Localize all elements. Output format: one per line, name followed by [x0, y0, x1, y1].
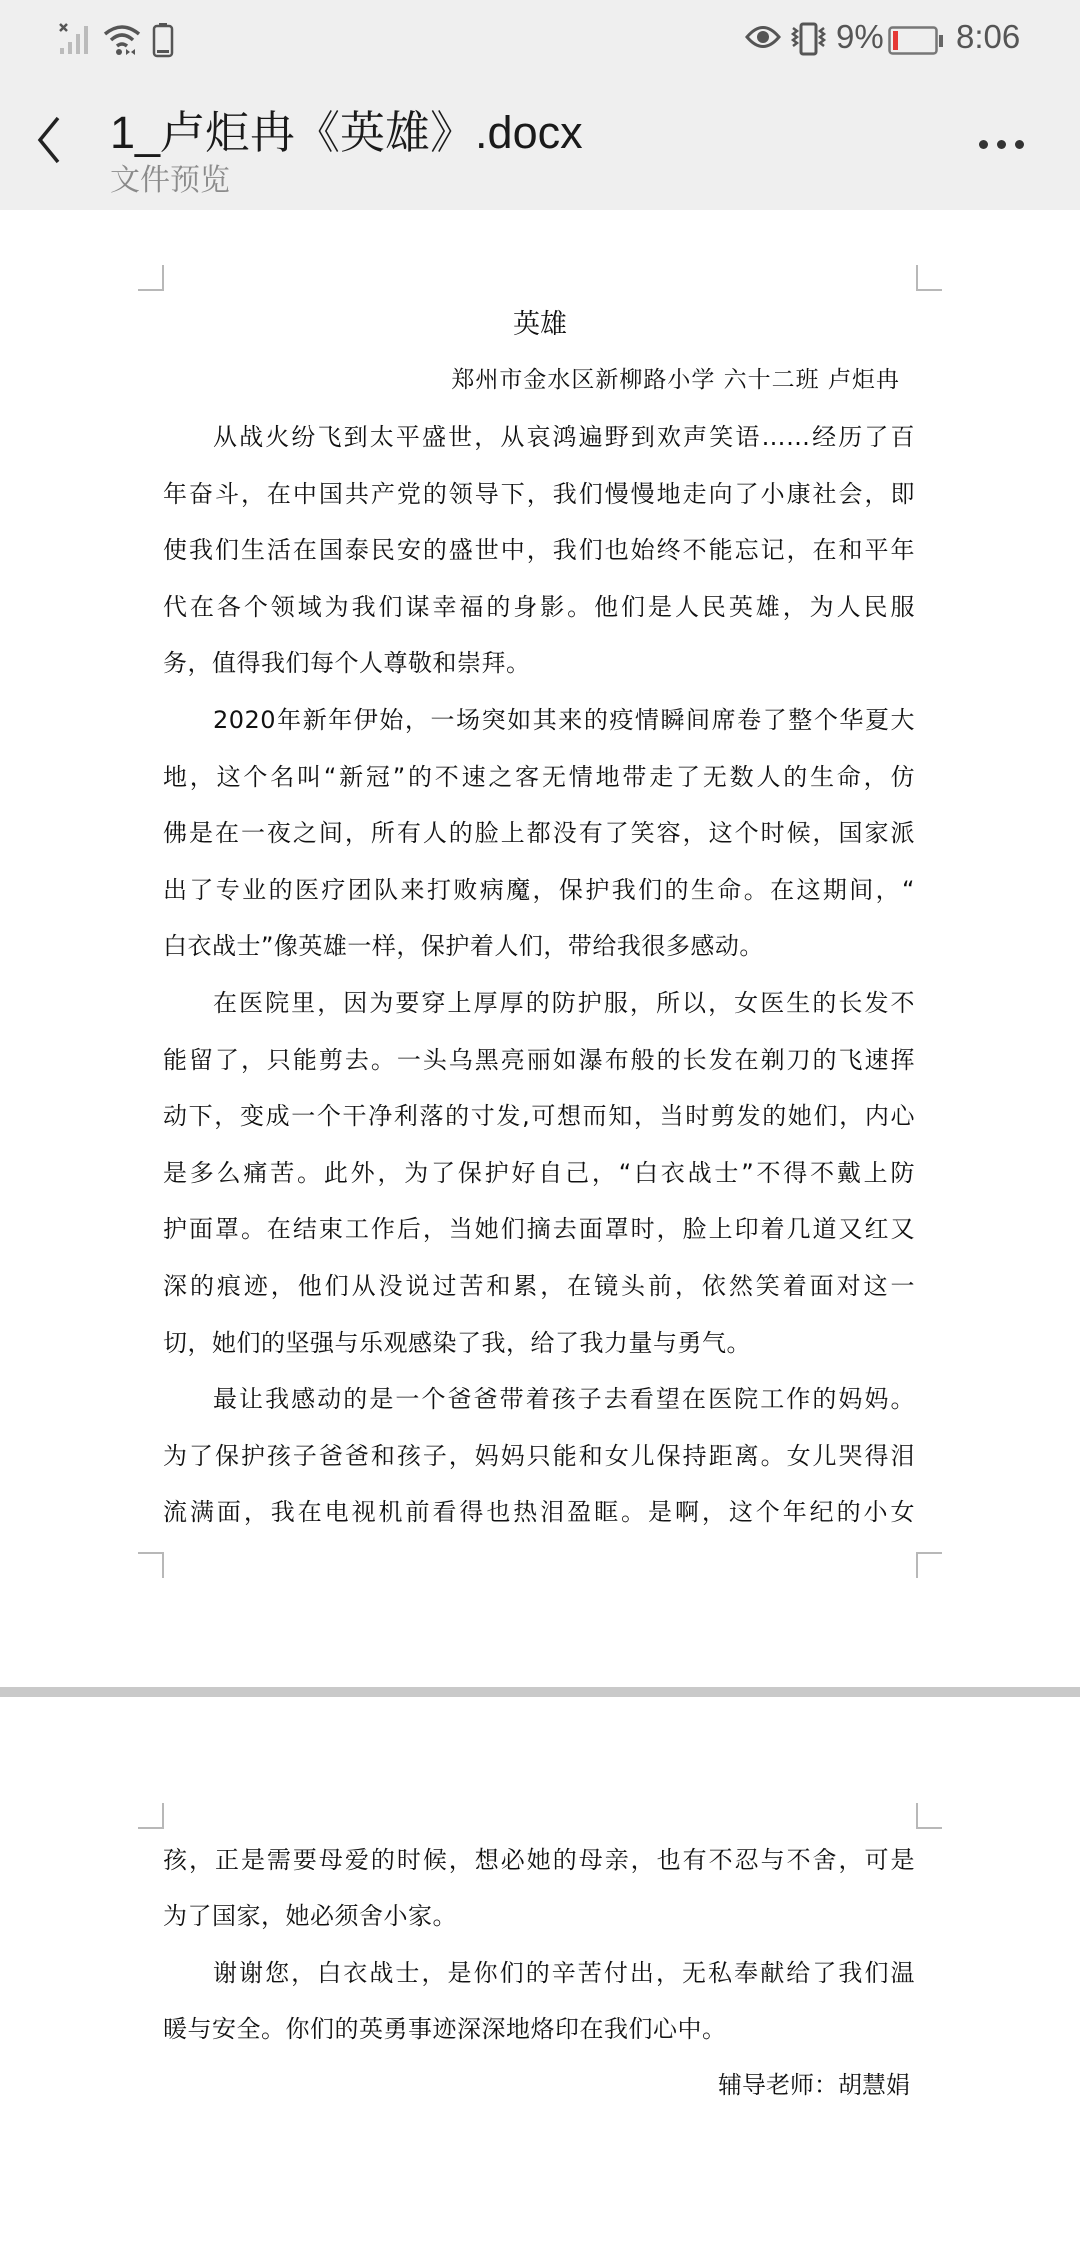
document-line: 是多么痛苦。此外，为了保护好自己，“白衣战士”不得不戴上防 [163, 1153, 915, 1188]
vibrate-icon [789, 22, 829, 60]
document-line: 白衣战士”像英雄一样，保护着人们，带给我很多感动。 [163, 926, 915, 961]
wifi-icon [102, 22, 142, 60]
document-line: 深的痕迹，他们从没说过苦和累，在镜头前，依然笑着面对这一 [163, 1266, 915, 1301]
file-title: 1_卢炬冉《英雄》.docx [110, 96, 583, 161]
document-line: 动下，变成一个干净利落的寸发,可想而知，当时剪发的她们，内心 [163, 1096, 915, 1131]
document-line: 切，她们的坚强与乐观感染了我，给了我力量与勇气。 [163, 1323, 915, 1358]
more-dot [1015, 140, 1024, 149]
status-bar: 9% 8:06 [0, 0, 1080, 80]
page-corner-mark [138, 1803, 164, 1829]
document-line: 谢谢您，白衣战士，是你们的辛苦付出，无私奉献给了我们温 [213, 1953, 915, 1988]
more-horizontal-icon [979, 140, 988, 149]
document-line: 孩，正是需要母爱的时候，想必她的母亲，也有不忍与不舍，可是 [163, 1840, 915, 1875]
battery-saver-icon [152, 22, 174, 62]
page-corner-mark [916, 265, 942, 291]
more-dot [997, 140, 1006, 149]
document-line: 暖与安全。你们的英勇事迹深深地烙印在我们心中。 [163, 2009, 915, 2044]
document-line: 护面罩。在结束工作后，当她们摘去面罩时，脸上印着几道又红又 [163, 1209, 915, 1244]
back-button[interactable] [30, 108, 90, 178]
document-line: 流满面，我在电视机前看得也热泪盈眶。是啊，这个年纪的小女 [163, 1492, 915, 1527]
document-preview[interactable]: 英雄 郑州市金水区新柳路小学 六十二班 卢炬冉 从战火纷飞到太平盛世，从哀鸿遍野… [0, 210, 1080, 2244]
clock: 8:06 [956, 18, 1020, 56]
chevron-left-icon [30, 153, 70, 172]
document-line: 最让我感动的是一个爸爸带着孩子去看望在医院工作的妈妈。 [213, 1379, 915, 1414]
document-line: 出了专业的医疗团队来打败病魔，保护我们的生命。在这期间，“ [163, 870, 915, 905]
page-separator [0, 1687, 1080, 1697]
document-line: 从战火纷飞到太平盛世，从哀鸿遍野到欢声笑语……经历了百 [213, 417, 915, 452]
more-options-button[interactable] [975, 130, 1035, 160]
document-line: 使我们生活在国泰民安的盛世中，我们也始终不能忘记，在和平年 [163, 530, 915, 565]
page-corner-mark [138, 1552, 164, 1578]
signal-off-icon [58, 22, 94, 60]
document-line: 为了保护孩子爸爸和孩子，妈妈只能和女儿保持距离。女儿哭得泪 [163, 1436, 915, 1471]
eye-comfort-icon [745, 24, 781, 54]
document-line: 2020年新年伊始，一场突如其来的疫情瞬间席卷了整个华夏大 [213, 700, 915, 735]
app-bar: 1_卢炬冉《英雄》.docx 文件预览 [0, 80, 1080, 210]
battery-percent: 9% [836, 18, 884, 56]
document-line: 年奋斗，在中国共产党的领导下，我们慢慢地走向了小康社会，即 [163, 474, 915, 509]
page-corner-mark [916, 1803, 942, 1829]
battery-icon [888, 26, 944, 60]
author-line: 郑州市金水区新柳路小学 六十二班 卢炬冉 [451, 361, 900, 394]
document-line: 能留了，只能剪去。一头乌黑亮丽如瀑布般的长发在剃刀的飞速挥 [163, 1040, 915, 1075]
document-line: 为了国家，她必须舍小家。 [163, 1896, 915, 1931]
document-line: 地，这个名叫“新冠”的不速之客无情地带走了无数人的生命，仿 [163, 757, 915, 792]
teacher-line: 辅导老师：胡慧娟 [718, 2065, 910, 2100]
page-corner-mark [138, 265, 164, 291]
page-corner-mark [916, 1552, 942, 1578]
document-line: 代在各个领域为我们谋幸福的身影。他们是人民英雄，为人民服 [163, 587, 915, 622]
file-preview-subtitle: 文件预览 [110, 155, 230, 199]
document-line: 佛是在一夜之间，所有人的脸上都没有了笑容，这个时候，国家派 [163, 813, 915, 848]
document-line: 务，值得我们每个人尊敬和崇拜。 [163, 643, 915, 678]
document-title: 英雄 [0, 302, 1080, 341]
document-line: 在医院里，因为要穿上厚厚的防护服，所以，女医生的长发不 [213, 983, 915, 1018]
